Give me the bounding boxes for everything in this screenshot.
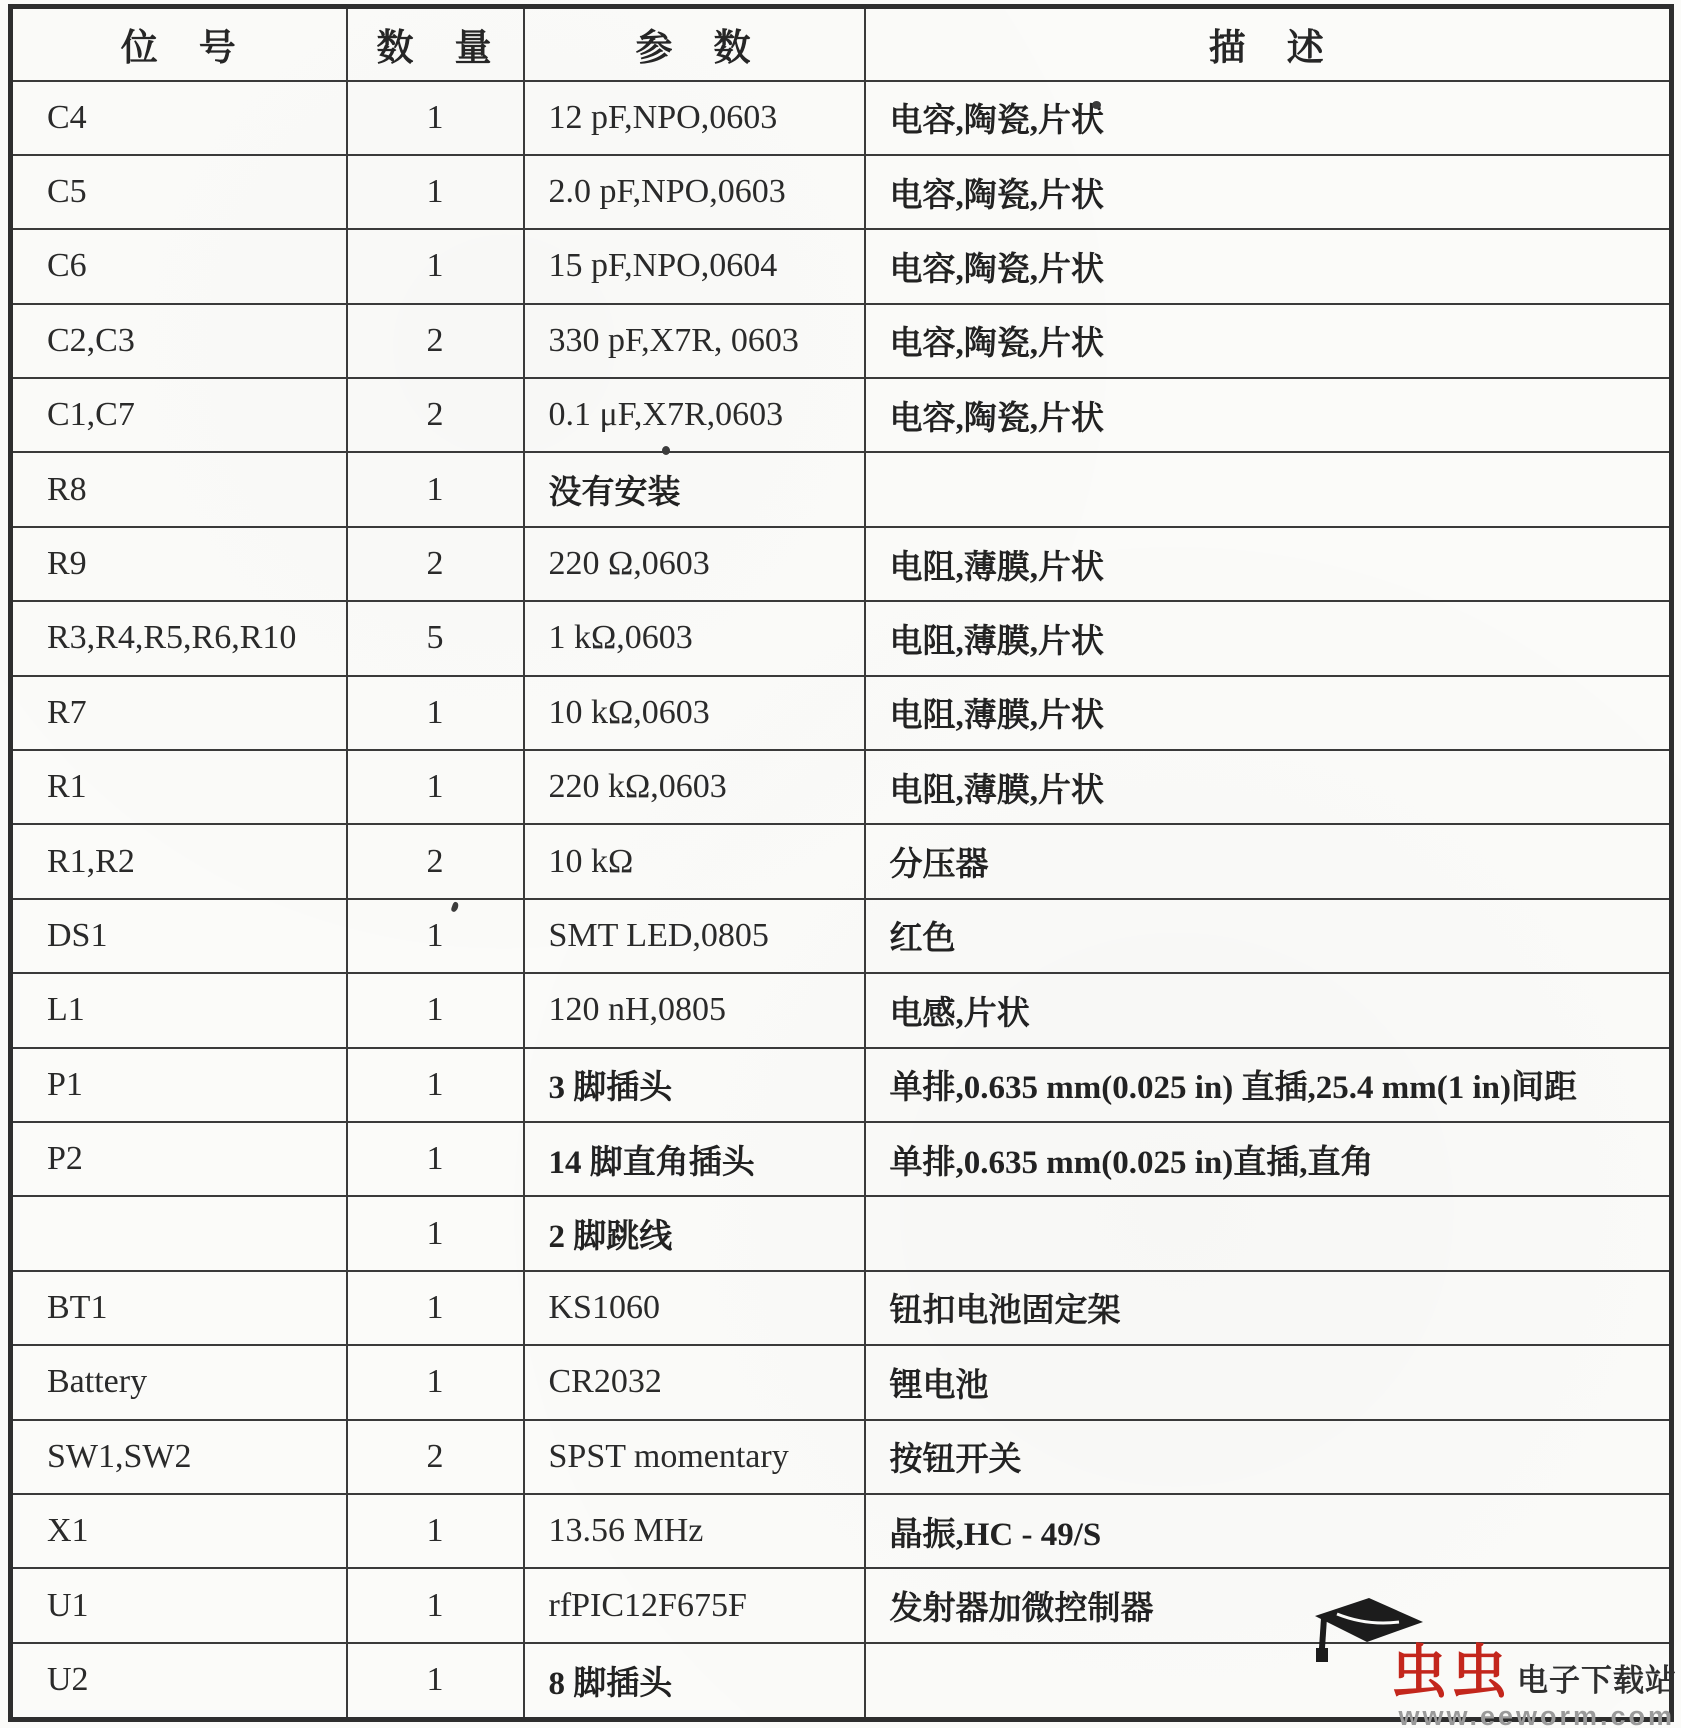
table-row: L1 1 120 nH,0805 电感,片状	[11, 973, 1672, 1047]
cell-quantity: 5	[347, 601, 524, 675]
cell-parameter: 10 kΩ,0603	[524, 676, 865, 750]
cell-description: 电容,陶瓷,片状	[865, 378, 1672, 452]
cell-quantity: 1	[347, 229, 524, 303]
cell-reference	[11, 1196, 347, 1270]
cell-parameter: 14 脚直角插头	[524, 1122, 865, 1196]
cell-reference: C5	[11, 155, 347, 229]
cell-quantity: 2	[347, 527, 524, 601]
cell-quantity: 2	[347, 824, 524, 898]
cell-parameter: 220 kΩ,0603	[524, 750, 865, 824]
scanned-page-background: 位 号 数 量 参 数 描 述 C4 1 12 pF,NPO,0603 电容,陶…	[0, 0, 1681, 1728]
eeworm-watermark: 虫虫 电子下载站 www.eeworm.com	[1307, 1596, 1677, 1728]
cell-quantity: 1	[347, 1048, 524, 1122]
cell-parameter: rfPIC12F675F	[524, 1568, 865, 1642]
cell-quantity: 1	[347, 452, 524, 526]
cell-reference: C4	[11, 81, 347, 155]
bom-table-header: 位 号 数 量 参 数 描 述	[11, 7, 1672, 81]
cell-description: 红色	[865, 899, 1672, 973]
table-row: R9 2 220 Ω,0603 电阻,薄膜,片状	[11, 527, 1672, 601]
cell-reference: C2,C3	[11, 304, 347, 378]
cell-description: 电阻,薄膜,片状	[865, 750, 1672, 824]
cell-quantity: 1	[347, 1122, 524, 1196]
bom-table-body: C4 1 12 pF,NPO,0603 电容,陶瓷,片状 C5 1 2.0 pF…	[11, 81, 1672, 1720]
cell-reference: R8	[11, 452, 347, 526]
cell-parameter: SPST momentary	[524, 1420, 865, 1494]
table-row: SW1,SW2 2 SPST momentary 按钮开关	[11, 1420, 1672, 1494]
cell-quantity: 1	[347, 1568, 524, 1642]
cell-description: 电容,陶瓷,片状	[865, 229, 1672, 303]
cell-quantity: 1	[347, 1643, 524, 1720]
cell-parameter: 2.0 pF,NPO,0603	[524, 155, 865, 229]
cell-parameter: 330 pF,X7R, 0603	[524, 304, 865, 378]
cell-reference: U1	[11, 1568, 347, 1642]
cell-reference: P1	[11, 1048, 347, 1122]
cell-quantity: 2	[347, 304, 524, 378]
cell-parameter: 12 pF,NPO,0603	[524, 81, 865, 155]
cell-reference: BT1	[11, 1271, 347, 1345]
cell-quantity: 1	[347, 81, 524, 155]
cell-quantity: 1	[347, 1271, 524, 1345]
cell-reference: Battery	[11, 1345, 347, 1419]
cell-quantity: 1	[347, 1345, 524, 1419]
cell-parameter: 10 kΩ	[524, 824, 865, 898]
cell-reference: C1,C7	[11, 378, 347, 452]
table-row: BT1 1 KS1060 钮扣电池固定架	[11, 1271, 1672, 1345]
cell-parameter: 1 kΩ,0603	[524, 601, 865, 675]
header-desc: 描 述	[865, 7, 1672, 81]
cell-description: 电容,陶瓷,片状	[865, 155, 1672, 229]
cell-description: 单排,0.635 mm(0.025 in)直插,直角	[865, 1122, 1672, 1196]
cell-reference: SW1,SW2	[11, 1420, 347, 1494]
cell-reference: DS1	[11, 899, 347, 973]
cell-parameter: 120 nH,0805	[524, 973, 865, 1047]
graduation-cap-icon	[1307, 1596, 1425, 1674]
table-row: R7 1 10 kΩ,0603 电阻,薄膜,片状	[11, 676, 1672, 750]
cell-reference: R1	[11, 750, 347, 824]
cell-description	[865, 452, 1672, 526]
table-row: X1 1 13.56 MHz 晶振,HC - 49/S	[11, 1494, 1672, 1568]
cell-parameter: 15 pF,NPO,0604	[524, 229, 865, 303]
cell-quantity: 1	[347, 750, 524, 824]
table-row: R1 1 220 kΩ,0603 电阻,薄膜,片状	[11, 750, 1672, 824]
table-row: R3,R4,R5,R6,R10 5 1 kΩ,0603 电阻,薄膜,片状	[11, 601, 1672, 675]
header-qty: 数 量	[347, 7, 524, 81]
scan-artifact-dot	[662, 446, 670, 455]
cell-quantity: 1	[347, 676, 524, 750]
cell-reference: C6	[11, 229, 347, 303]
cell-description: 电阻,薄膜,片状	[865, 676, 1672, 750]
cell-description: 晶振,HC - 49/S	[865, 1494, 1672, 1568]
table-row: DS1 1 SMT LED,0805 红色	[11, 899, 1672, 973]
cell-quantity: 1	[347, 1196, 524, 1270]
cell-parameter: SMT LED,0805	[524, 899, 865, 973]
cell-quantity: 1	[347, 155, 524, 229]
table-row: P1 1 3 脚插头 单排,0.635 mm(0.025 in) 直插,25.4…	[11, 1048, 1672, 1122]
cell-reference: R9	[11, 527, 347, 601]
table-row: C1,C7 2 0.1 μF,X7R,0603 电容,陶瓷,片状	[11, 378, 1672, 452]
cell-reference: X1	[11, 1494, 347, 1568]
table-row: C4 1 12 pF,NPO,0603 电容,陶瓷,片状	[11, 81, 1672, 155]
cell-parameter: 2 脚跳线	[524, 1196, 865, 1270]
cell-parameter: 没有安装	[524, 452, 865, 526]
header-param: 参 数	[524, 7, 865, 81]
cell-parameter: 13.56 MHz	[524, 1494, 865, 1568]
watermark-url: www.eeworm.com	[1398, 1703, 1675, 1728]
cell-parameter: KS1060	[524, 1271, 865, 1345]
cell-reference: U2	[11, 1643, 347, 1720]
cell-description: 单排,0.635 mm(0.025 in) 直插,25.4 mm(1 in)间距	[865, 1048, 1672, 1122]
watermark-site-suffix: 电子下载站	[1517, 1665, 1677, 1696]
cell-description: 钮扣电池固定架	[865, 1271, 1672, 1345]
cell-reference: R7	[11, 676, 347, 750]
cell-description: 分压器	[865, 824, 1672, 898]
cell-parameter: 3 脚插头	[524, 1048, 865, 1122]
cell-reference: P2	[11, 1122, 347, 1196]
table-row: Battery 1 CR2032 锂电池	[11, 1345, 1672, 1419]
cell-parameter: 8 脚插头	[524, 1643, 865, 1720]
cell-description: 锂电池	[865, 1345, 1672, 1419]
cell-description: 电阻,薄膜,片状	[865, 527, 1672, 601]
table-row: C5 1 2.0 pF,NPO,0603 电容,陶瓷,片状	[11, 155, 1672, 229]
cell-description: 按钮开关	[865, 1420, 1672, 1494]
cell-quantity: 1	[347, 1494, 524, 1568]
cell-reference: R1,R2	[11, 824, 347, 898]
cell-reference: R3,R4,R5,R6,R10	[11, 601, 347, 675]
cell-description: 电容,陶瓷,片状	[865, 81, 1672, 155]
table-row: C2,C3 2 330 pF,X7R, 0603 电容,陶瓷,片状	[11, 304, 1672, 378]
cell-quantity: 2	[347, 1420, 524, 1494]
table-row: R8 1 没有安装	[11, 452, 1672, 526]
cell-quantity: 1	[347, 899, 524, 973]
scan-artifact-dot	[1092, 101, 1101, 109]
cell-description	[865, 1196, 1672, 1270]
table-row: 1 2 脚跳线	[11, 1196, 1672, 1270]
cell-quantity: 1	[347, 973, 524, 1047]
table-row: R1,R2 2 10 kΩ 分压器	[11, 824, 1672, 898]
cell-parameter: CR2032	[524, 1345, 865, 1419]
cell-parameter: 220 Ω,0603	[524, 527, 865, 601]
bom-table: 位 号 数 量 参 数 描 述 C4 1 12 pF,NPO,0603 电容,陶…	[8, 4, 1674, 1722]
cell-reference: L1	[11, 973, 347, 1047]
cell-description: 电容,陶瓷,片状	[865, 304, 1672, 378]
cell-parameter: 0.1 μF,X7R,0603	[524, 378, 865, 452]
header-row: 位 号 数 量 参 数 描 述	[11, 7, 1672, 81]
table-row: P2 1 14 脚直角插头 单排,0.635 mm(0.025 in)直插,直角	[11, 1122, 1672, 1196]
cell-description: 电阻,薄膜,片状	[865, 601, 1672, 675]
watermark-top-row: 虫虫 电子下载站	[1307, 1596, 1677, 1700]
table-row: C6 1 15 pF,NPO,0604 电容,陶瓷,片状	[11, 229, 1672, 303]
header-ref: 位 号	[11, 7, 347, 81]
cell-description: 电感,片状	[865, 973, 1672, 1047]
cell-quantity: 2	[347, 378, 524, 452]
